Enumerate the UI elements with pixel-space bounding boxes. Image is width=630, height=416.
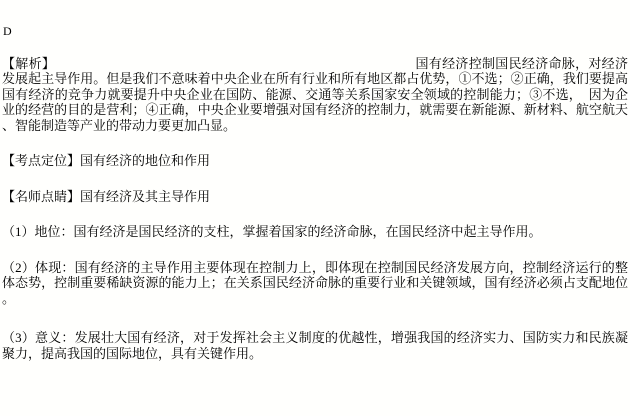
- point-3-significance: （3）意义：发展壮大国有经济，对于发挥社会主义制度的优越性，增强我国的经济实力、…: [2, 330, 628, 361]
- teacher-tip-tag: 【名师点睛】: [2, 189, 80, 204]
- exam-point-text: 国有经济的地位和作用: [80, 153, 210, 168]
- document-page: D 【解析】国有经济控制国民经济命脉，对经济发展起主导作用。但是我们不意味着中央…: [0, 0, 630, 416]
- exam-point-tag: 【考点定位】: [2, 153, 80, 168]
- exam-point-line: 【考点定位】国有经济的地位和作用: [2, 153, 628, 169]
- answer-option: D: [3, 24, 628, 40]
- teacher-tip-text: 国有经济及其主导作用: [80, 189, 210, 204]
- blank-space: [55, 67, 415, 68]
- point-2-manifestation: （2）体现：国有经济的主导作用主要体现在控制力上，即体现在控制国民经济发展方向，…: [2, 260, 628, 307]
- analysis-tag: 【解析】: [2, 56, 55, 71]
- point-1-status: （1）地位：国有经济是国民经济的支柱，掌握着国家的经济命脉，在国民经济中起主导作…: [2, 224, 628, 240]
- teacher-tip-line: 【名师点睛】国有经济及其主导作用: [2, 189, 628, 205]
- analysis-paragraph: 【解析】国有经济控制国民经济命脉，对经济发展起主导作用。但是我们不意味着中央企业…: [2, 56, 628, 134]
